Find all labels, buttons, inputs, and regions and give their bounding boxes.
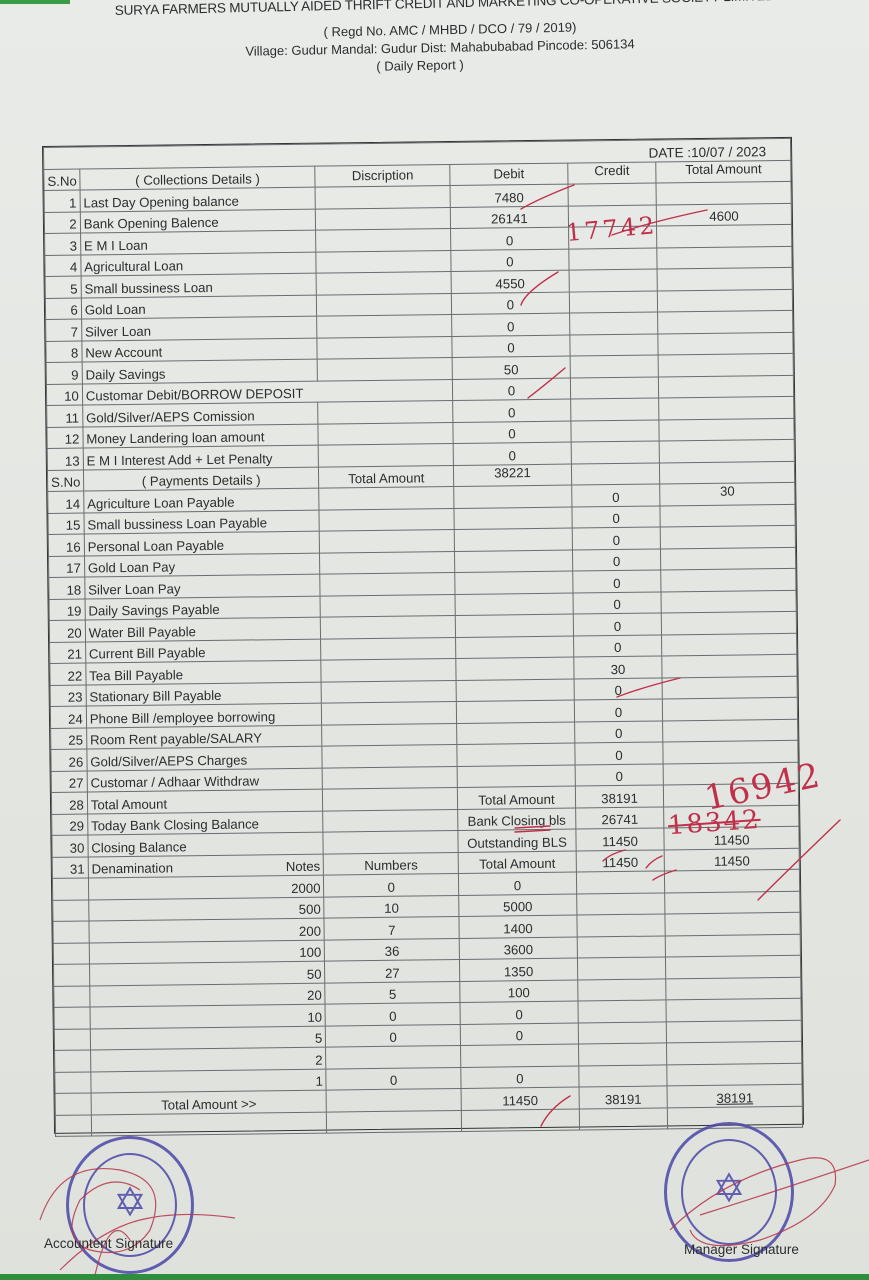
sno-cell [55, 1071, 91, 1093]
empty-cell [327, 1110, 462, 1133]
description-cell [317, 336, 452, 359]
credit-value: 11450 [576, 849, 665, 872]
credit-value [569, 290, 658, 313]
debit-cell [454, 528, 572, 551]
row-number: 26 [51, 749, 87, 771]
row-label: Money Landering loan amount [83, 424, 319, 448]
accountant-signature-label: Accountent Signature [44, 1236, 173, 1251]
credit-value: 0 [575, 742, 664, 765]
description-cell [319, 443, 454, 466]
collections-header: ( Collections Details ) [80, 166, 316, 190]
row-label: Personal Loan Payable [84, 531, 320, 555]
credit-value: 26741 [575, 806, 664, 829]
credit-value: 30 [574, 656, 663, 679]
description-cell [317, 293, 452, 316]
debit-header: Debit [450, 163, 568, 186]
debit-cell [457, 765, 575, 788]
row-number: 21 [50, 642, 86, 664]
credit-cell [577, 957, 666, 980]
credit-cell [577, 914, 666, 937]
row-number: 3 [45, 233, 81, 255]
row-label: Tea Bill Payable [86, 660, 322, 684]
credit-value [569, 312, 658, 335]
credit-header: Credit [568, 162, 657, 185]
description-cell [323, 809, 458, 832]
grand-total-credit: 38191 [579, 1086, 668, 1109]
total-cell [666, 1020, 801, 1043]
credit-cell [578, 1043, 667, 1066]
debit-cell [455, 571, 573, 594]
credit-value: 0 [574, 699, 663, 722]
credit-value [568, 204, 657, 227]
debit-value: 0 [453, 442, 571, 465]
note-count: 27 [325, 959, 460, 982]
description-cell [318, 422, 453, 445]
note-count: 36 [325, 938, 460, 961]
denomination-label: NotesDenamination [88, 854, 324, 878]
description-cell [319, 486, 454, 509]
credit-value: 0 [573, 591, 662, 614]
sno-cell [52, 878, 88, 900]
summary-label: Outstanding BLS [458, 829, 576, 852]
report-header: SURYA FARMERS MUTUALLY AIDED THRIFT CRED… [60, 4, 820, 73]
total-cell [666, 955, 801, 978]
credit-value [570, 333, 659, 356]
total-value [658, 310, 793, 333]
empty-cell [91, 1112, 327, 1136]
sno-cell [53, 942, 89, 964]
row-label: Daily Savings [82, 359, 318, 383]
sno-cell [53, 921, 89, 943]
total-cell [660, 461, 795, 484]
note-value: 10 [90, 1004, 326, 1028]
credit-value [571, 441, 660, 464]
row-number: 24 [50, 706, 86, 728]
credit-value [568, 183, 657, 206]
row-label: Total Amount [87, 789, 323, 813]
credit-value [570, 376, 659, 399]
grand-total-debit: 11450 [461, 1087, 579, 1110]
debit-value: 50 [452, 356, 570, 379]
note-amount: 5000 [459, 894, 577, 917]
credit-cell [578, 978, 667, 1001]
credit-value [570, 398, 659, 421]
row-number: 18 [49, 577, 85, 599]
note-amount: 0 [461, 1066, 579, 1089]
row-label: Current Bill Payable [85, 639, 321, 663]
description-cell [319, 508, 454, 531]
row-label: Phone Bill /employee borrowing [86, 703, 322, 727]
description-cell [322, 723, 457, 746]
sno-cell [54, 1028, 90, 1050]
sno-cell [55, 1093, 91, 1115]
total-cell [665, 869, 800, 892]
total-value [658, 289, 793, 312]
description-cell [320, 529, 455, 552]
payments-header: ( Payments Details ) [83, 467, 319, 491]
society-stamp-left: ✡ [66, 1136, 194, 1274]
description-cell [321, 658, 456, 681]
credit-value [569, 269, 658, 292]
row-number: 29 [52, 813, 88, 835]
debit-value: 0 [452, 313, 570, 336]
total-value [658, 332, 793, 355]
total-value [663, 697, 798, 720]
total-value [661, 547, 796, 570]
row-number: 30 [52, 835, 88, 857]
total-value [659, 439, 794, 462]
total-value [663, 740, 798, 763]
sno-header: S.No [44, 169, 80, 191]
credit-value: 0 [573, 634, 662, 657]
society-stamp-right: ✡ [664, 1122, 794, 1262]
row-number: 9 [46, 362, 82, 384]
debit-value: 4550 [451, 270, 569, 293]
sno-cell [54, 985, 90, 1007]
total-cell [667, 1041, 802, 1064]
row-number: 27 [51, 770, 87, 792]
total-cell [667, 1063, 802, 1086]
sno-cell [54, 1007, 90, 1029]
description-cell [321, 615, 456, 638]
description-cell [322, 744, 457, 767]
note-amount: 1400 [459, 915, 577, 938]
row-label: Silver Loan Pay [85, 574, 321, 598]
total-value: 30 [660, 482, 795, 505]
total-value [662, 654, 797, 677]
total-value [662, 676, 797, 699]
row-number: 1 [44, 190, 80, 212]
debit-cell [456, 700, 574, 723]
row-number: 7 [46, 319, 82, 341]
debit-value: 7480 [450, 184, 568, 207]
total-value [659, 396, 794, 419]
debit-value: 0 [453, 421, 571, 444]
credit-value [571, 419, 660, 442]
debit-value: 26141 [450, 206, 568, 229]
credit-cell [578, 1000, 667, 1023]
description-cell [316, 272, 451, 295]
summary-label: Total Amount [457, 786, 575, 809]
row-label: Today Bank Closing Balance [87, 811, 323, 835]
row-label: Silver Loan [81, 316, 317, 340]
sno-header: S.No [47, 470, 83, 492]
credit-cell [571, 462, 660, 485]
credit-value: 0 [574, 677, 663, 700]
total-value: 4600 [656, 203, 791, 226]
debit-cell [454, 507, 572, 530]
total-cell [665, 912, 800, 935]
debit-value: 0 [453, 399, 571, 422]
star-emblem-icon: ✡ [667, 1169, 791, 1209]
total-value [657, 267, 792, 290]
total-value [660, 525, 795, 548]
row-label: E M I Interest Add + Let Penalty [83, 445, 319, 469]
row-label: Gold/Silver/AEPS Charges [87, 746, 323, 770]
description-cell [323, 766, 458, 789]
star-emblem-icon: ✡ [69, 1183, 191, 1223]
row-number: 6 [45, 298, 81, 320]
debit-cell [457, 743, 575, 766]
description-cell [321, 680, 456, 703]
note-count: 0 [326, 1067, 461, 1090]
note-amount: 3600 [459, 937, 577, 960]
total-amount-header: Total Amount [656, 160, 791, 183]
description-cell [320, 551, 455, 574]
total-value [663, 719, 798, 742]
credit-cell [577, 892, 666, 915]
credit-value: 38191 [575, 785, 664, 808]
total-value [661, 590, 796, 613]
total-value [657, 246, 792, 269]
row-label: E M I Loan [80, 230, 316, 254]
summary-label: Bank Closing bls [458, 808, 576, 831]
total-value [659, 418, 794, 441]
total-value [661, 611, 796, 634]
denomination-text: Denamination [92, 860, 174, 876]
debit-value: 0 [451, 292, 569, 315]
credit-value: 0 [574, 720, 663, 743]
total-cell [666, 977, 801, 1000]
total-value: 11450 [664, 826, 799, 849]
row-label: Room Rent payable/SALARY [86, 725, 322, 749]
debit-value: 0 [452, 378, 570, 401]
credit-cell [577, 935, 666, 958]
row-label: Last Day Opening balance [80, 187, 316, 211]
total-value [659, 375, 794, 398]
credit-value: 11450 [576, 828, 665, 851]
sno-cell [55, 1050, 91, 1072]
note-value: 1 [91, 1069, 327, 1093]
description-cell [316, 207, 451, 230]
note-count: 0 [325, 1002, 460, 1025]
numbers-header: Numbers [324, 852, 459, 875]
empty-cell [579, 1107, 668, 1130]
row-label: Customar / Adhaar Withdraw [87, 768, 323, 792]
denomination-total-header: Total Amount [458, 851, 576, 874]
row-label: Small bussiness Loan Payable [84, 510, 320, 534]
description-cell [321, 637, 456, 660]
description-cell [315, 186, 450, 209]
note-value: 50 [89, 961, 325, 985]
credit-value: 0 [572, 548, 661, 571]
daily-report-table: DATE :10/07 / 2023 S.No ( Collections De… [42, 137, 804, 1134]
credit-cell [578, 1021, 667, 1044]
debit-cell [457, 722, 575, 745]
debit-cell [455, 614, 573, 637]
row-number: 11 [47, 405, 83, 427]
note-amount: 0 [460, 1023, 578, 1046]
note-amount: 0 [458, 872, 576, 895]
total-cell [666, 998, 801, 1021]
description-cell [320, 572, 455, 595]
notes-header: Notes [286, 859, 321, 875]
row-number: 12 [47, 427, 83, 449]
note-count: 5 [325, 981, 460, 1004]
row-number: 17 [49, 556, 85, 578]
credit-value: 0 [572, 484, 661, 507]
row-number: 15 [48, 513, 84, 535]
credit-value [570, 355, 659, 378]
description-cell [320, 594, 455, 617]
credit-value: 0 [573, 613, 662, 636]
row-number: 28 [51, 792, 87, 814]
row-number: 23 [50, 685, 86, 707]
total-value [664, 783, 799, 806]
total-value [661, 568, 796, 591]
row-number: 10 [46, 384, 82, 406]
row-label: Agricultural Loan [81, 252, 317, 276]
row-number: 31 [52, 856, 88, 878]
row-number: 13 [47, 448, 83, 470]
description-cell [316, 250, 451, 273]
debit-value: 0 [451, 249, 569, 272]
note-amount [461, 1044, 579, 1067]
row-number: 16 [48, 534, 84, 556]
note-value: 2000 [88, 875, 324, 899]
note-value: 5 [90, 1026, 326, 1050]
row-label: Gold Loan [81, 295, 317, 319]
description-cell [318, 358, 453, 381]
credit-value: 0 [572, 505, 661, 528]
description-header: Discription [315, 164, 450, 187]
credit-value [569, 247, 658, 270]
debit-cell [455, 593, 573, 616]
row-label: Agriculture Loan Payable [83, 488, 319, 512]
note-amount: 1350 [460, 958, 578, 981]
debit-cell [456, 636, 574, 659]
background-edge [0, 1274, 869, 1280]
description-cell [323, 787, 458, 810]
grand-total-label: Total Amount >> [91, 1090, 327, 1114]
total-cell [665, 891, 800, 914]
note-amount: 100 [460, 980, 578, 1003]
description-cell [323, 830, 458, 853]
row-number: 14 [48, 491, 84, 513]
row-number: 19 [49, 599, 85, 621]
row-number: 2 [44, 212, 80, 234]
total-value [657, 224, 792, 247]
row-label: Gold/Silver/AEPS Comission [82, 402, 318, 426]
debit-cell [456, 657, 574, 680]
note-count [326, 1045, 461, 1068]
row-label: Small bussiness Loan [81, 273, 317, 297]
total-amount-label: Total Amount [319, 465, 454, 488]
note-count: 7 [324, 916, 459, 939]
empty-cell [461, 1109, 579, 1132]
manager-signature-label: Manager Signature [684, 1242, 799, 1257]
debit-cell [456, 679, 574, 702]
note-value: 100 [89, 940, 325, 964]
row-label: Stationary Bill Payable [86, 682, 322, 706]
row-label: Bank Opening Balence [80, 209, 316, 233]
collections-total-value: 38221 [453, 464, 571, 487]
description-cell [322, 701, 457, 724]
total-value [656, 181, 791, 204]
note-value: 2 [90, 1047, 326, 1071]
row-number: 25 [51, 728, 87, 750]
total-value [662, 633, 797, 656]
total-value: 11450 [664, 848, 799, 871]
credit-value: 0 [573, 570, 662, 593]
credit-value: 0 [572, 527, 661, 550]
sno-cell [53, 899, 89, 921]
row-number: 20 [49, 620, 85, 642]
description-cell [317, 315, 452, 338]
row-label: Daily Savings Payable [85, 596, 321, 620]
debit-value: 0 [452, 335, 570, 358]
total-value [663, 762, 798, 785]
credit-cell [579, 1064, 668, 1087]
total-cell [665, 934, 800, 957]
note-count: 10 [324, 895, 459, 918]
debit-value: 0 [451, 227, 569, 250]
credit-cell [576, 871, 665, 894]
note-value: 200 [89, 918, 325, 942]
note-value: 500 [88, 897, 324, 921]
note-count: 0 [326, 1024, 461, 1047]
sno-cell [53, 964, 89, 986]
total-value [658, 353, 793, 376]
empty-cell [55, 1114, 91, 1136]
row-number: 22 [50, 663, 86, 685]
credit-value [568, 226, 657, 249]
note-count: 0 [324, 873, 459, 896]
note-value: 20 [90, 983, 326, 1007]
description-cell [326, 1088, 461, 1111]
row-number: 4 [45, 255, 81, 277]
credit-value: 0 [575, 763, 664, 786]
row-number: 5 [45, 276, 81, 298]
row-label: Gold Loan Pay [84, 553, 320, 577]
note-amount: 0 [460, 1001, 578, 1024]
debit-cell [454, 485, 572, 508]
description-cell [316, 229, 451, 252]
grand-total-amount: 38191 [667, 1084, 802, 1107]
row-label: Closing Balance [88, 832, 324, 856]
description-cell [318, 401, 453, 424]
total-value [664, 805, 799, 828]
row-label: Water Bill Payable [85, 617, 321, 641]
row-number: 8 [46, 341, 82, 363]
row-label: New Account [82, 338, 318, 362]
total-value [660, 504, 795, 527]
debit-cell [455, 550, 573, 573]
